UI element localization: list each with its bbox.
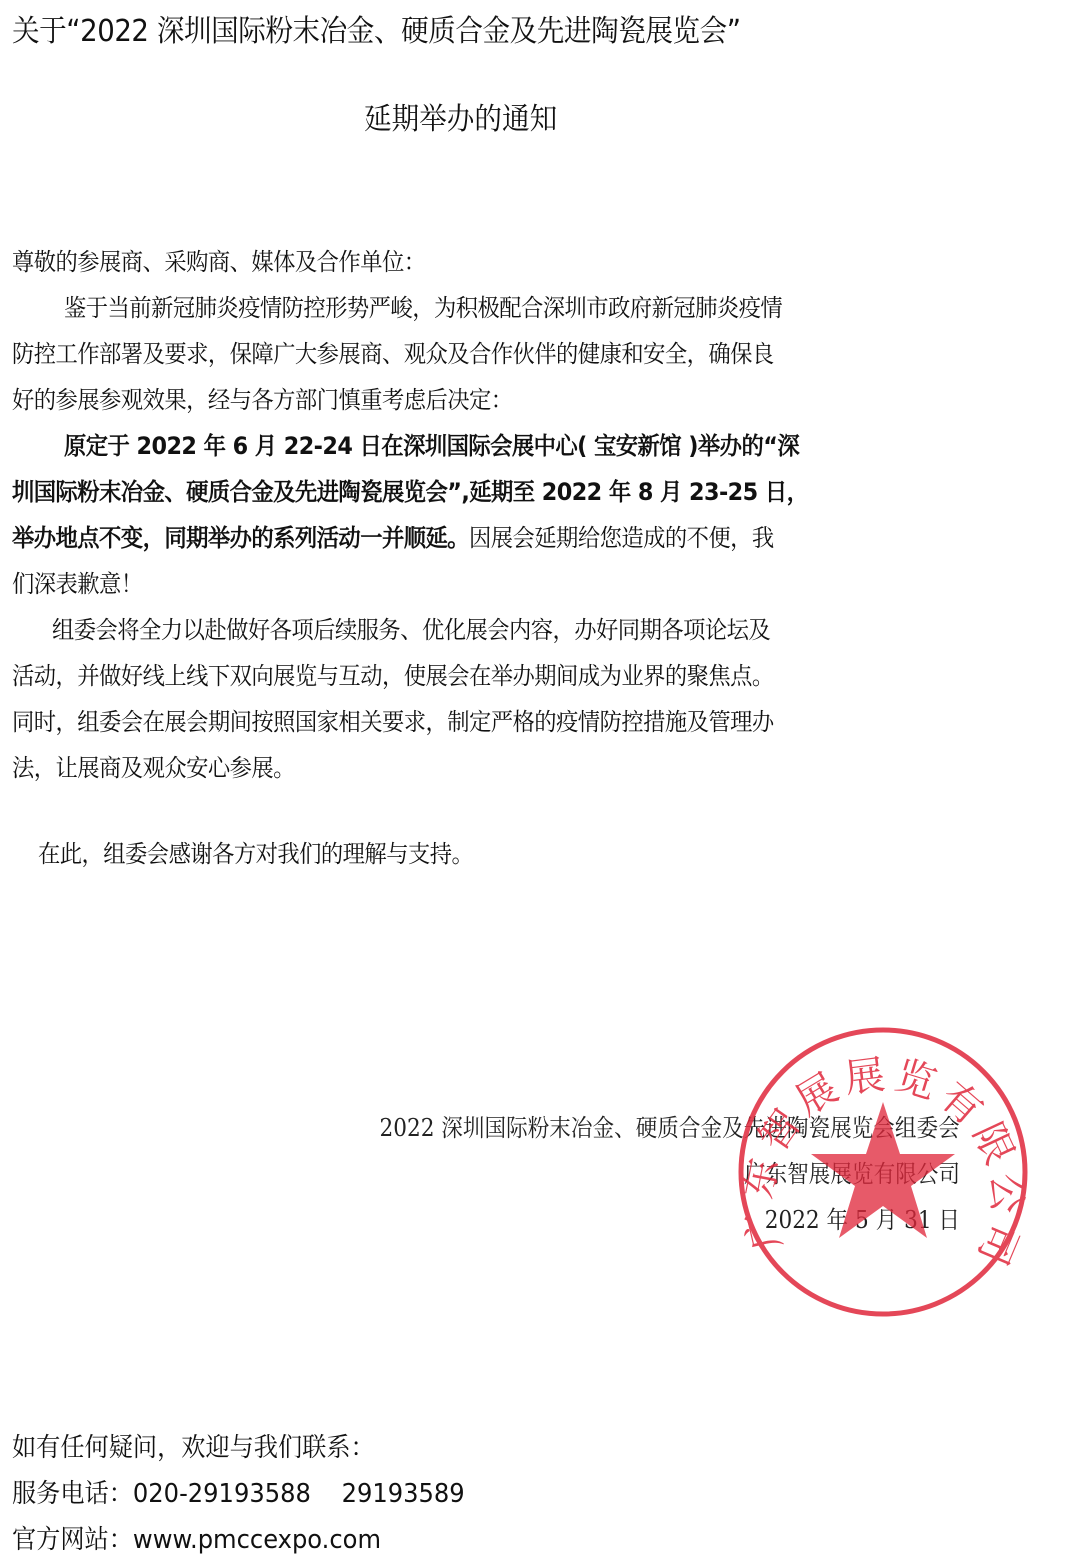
- paragraph-2-line-3-bold: 举办地点不变，同期举办的系列活动一并顺延。: [12, 524, 469, 552]
- title-line-1: 关于“2022 深圳国际粉末冶金、硬质合金及先进陶瓷展览会”: [12, 10, 741, 54]
- paragraph-1-line-3: 好的参展参观效果，经与各方部门慎重考虑后决定：: [12, 377, 513, 423]
- contact-intro: 如有任何疑问，欢迎与我们联系：: [12, 1425, 375, 1471]
- paragraph-1-line-1: 鉴于当前新冠肺炎疫情防控形势严峻，为积极配合深圳市政府新冠肺炎疫情: [64, 285, 782, 331]
- salutation: 尊敬的参展商、采购商、媒体及合作单位：: [12, 239, 425, 285]
- phone-values: 020-29193588 29193589: [133, 1479, 465, 1509]
- title-line-2: 延期举办的通知: [364, 98, 557, 142]
- paragraph-3-line-4: 法，让展商及观众安心参展。: [12, 745, 295, 791]
- signature-organizer: 2022 深圳国际粉末冶金、硬质合金及先进陶瓷展览会组委会: [380, 1105, 960, 1151]
- signature-date: 2022 年 5 月 31 日: [765, 1197, 960, 1243]
- phone-label: 服务电话：: [12, 1479, 133, 1509]
- paragraph-3-line-1: 组委会将全力以赴做好各项后续服务、优化展会内容，办好同期各项论坛及: [52, 607, 770, 653]
- paragraph-2-line-2: 圳国际粉末冶金、硬质合金及先进陶瓷展览会”,延期至 2022 年 8 月 23-…: [12, 469, 808, 515]
- website-label: 官方网站：: [12, 1525, 133, 1555]
- paragraph-2-line-4: 们深表歉意！: [12, 561, 143, 607]
- paragraph-3-line-3: 同时，组委会在展会期间按照国家相关要求，制定严格的疫情防控措施及管理办: [12, 699, 774, 745]
- paragraph-2-line-3-normal: 因展会延期给您造成的不便，我: [469, 524, 774, 552]
- contact-website: 官方网站：www.pmccexpo.com: [12, 1517, 381, 1561]
- website-link[interactable]: www.pmccexpo.com: [133, 1525, 381, 1555]
- paragraph-2-line-1: 原定于 2022 年 6 月 22-24 日在深圳国际会展中心( 宝安新馆 )举…: [64, 423, 799, 469]
- signature-company: 广东智展展览有限公司: [744, 1151, 960, 1197]
- paragraph-1-line-2: 防控工作部署及要求，保障广大参展商、观众及合作伙伴的健康和安全，确保良: [12, 331, 774, 377]
- contact-phone: 服务电话：020-29193588 29193589: [12, 1471, 465, 1517]
- thanks-line: 在此，组委会感谢各方对我们的理解与支持。: [38, 831, 473, 877]
- paragraph-3-line-2: 活动，并做好线上线下双向展览与互动，使展会在举办期间成为业界的聚焦点。: [12, 653, 774, 699]
- paragraph-2-line-3: 举办地点不变，同期举办的系列活动一并顺延。因展会延期给您造成的不便，我: [12, 515, 774, 561]
